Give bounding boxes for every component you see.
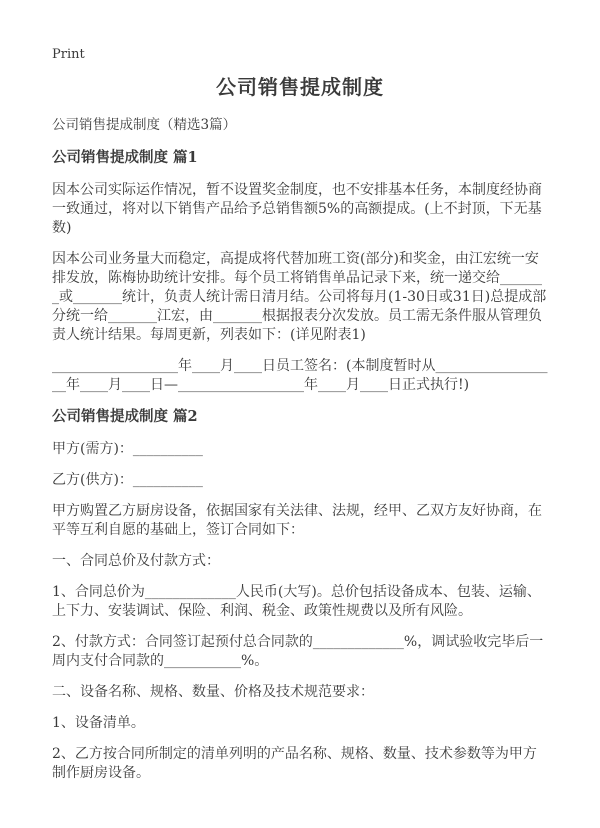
document-page: Print 公司销售提成制度 公司销售提成制度（精选3篇） 公司销售提成制度 篇… (0, 0, 600, 828)
party-a-line: 甲方(需方)：__________ (52, 440, 548, 459)
section-2-heading: 公司销售提成制度 篇2 (52, 407, 548, 426)
document-subtitle: 公司销售提成制度（精选3篇） (52, 116, 548, 135)
section-1-paragraph: 因本公司业务量大而稳定，高提成将代替加班工资(部分)和奖金，由江宏统一安排发放，… (52, 250, 548, 345)
clause-1-item-2: 2、付款方式：合同签订起预付总合同款的_____________%，调试验收完毕… (52, 633, 548, 671)
party-b-line: 乙方(供方)：__________ (52, 471, 548, 490)
page-title: 公司销售提成制度 (52, 74, 548, 100)
print-link[interactable]: Print (52, 46, 548, 63)
section-1: 公司销售提成制度 篇1 因本公司实际运作情况，暂不设置奖金制度，也不安排基本任务… (52, 148, 548, 395)
clause-2-item-2: 2、乙方按合同所制定的清单列明的产品名称、规格、数量、技术参数等为甲方制作厨房设… (52, 745, 548, 783)
clause-1-item-1: 1、合同总价为_____________人民币(大写)。总价包括设备成本、包装、… (52, 583, 548, 621)
section-2-paragraph: 甲方购置乙方厨房设备，依据国家有关法律、法规，经甲、乙双方友好协商，在平等互利自… (52, 502, 548, 540)
section-2: 公司销售提成制度 篇2 甲方(需方)：__________ 乙方(供方)：___… (52, 407, 548, 783)
clause-1-heading: 一、合同总价及付款方式： (52, 552, 548, 571)
clause-2-heading: 二、设备名称、规格、数量、价格及技术规范要求： (52, 683, 548, 702)
clause-2-item-1: 1、设备清单。 (52, 714, 548, 733)
section-1-signature-line: __________________年____月____日员工签名：(本制度暂时… (52, 357, 548, 395)
section-1-heading: 公司销售提成制度 篇1 (52, 148, 548, 167)
section-1-paragraph: 因本公司实际运作情况，暂不设置奖金制度，也不安排基本任务，本制度经协商一致通过，… (52, 181, 548, 238)
